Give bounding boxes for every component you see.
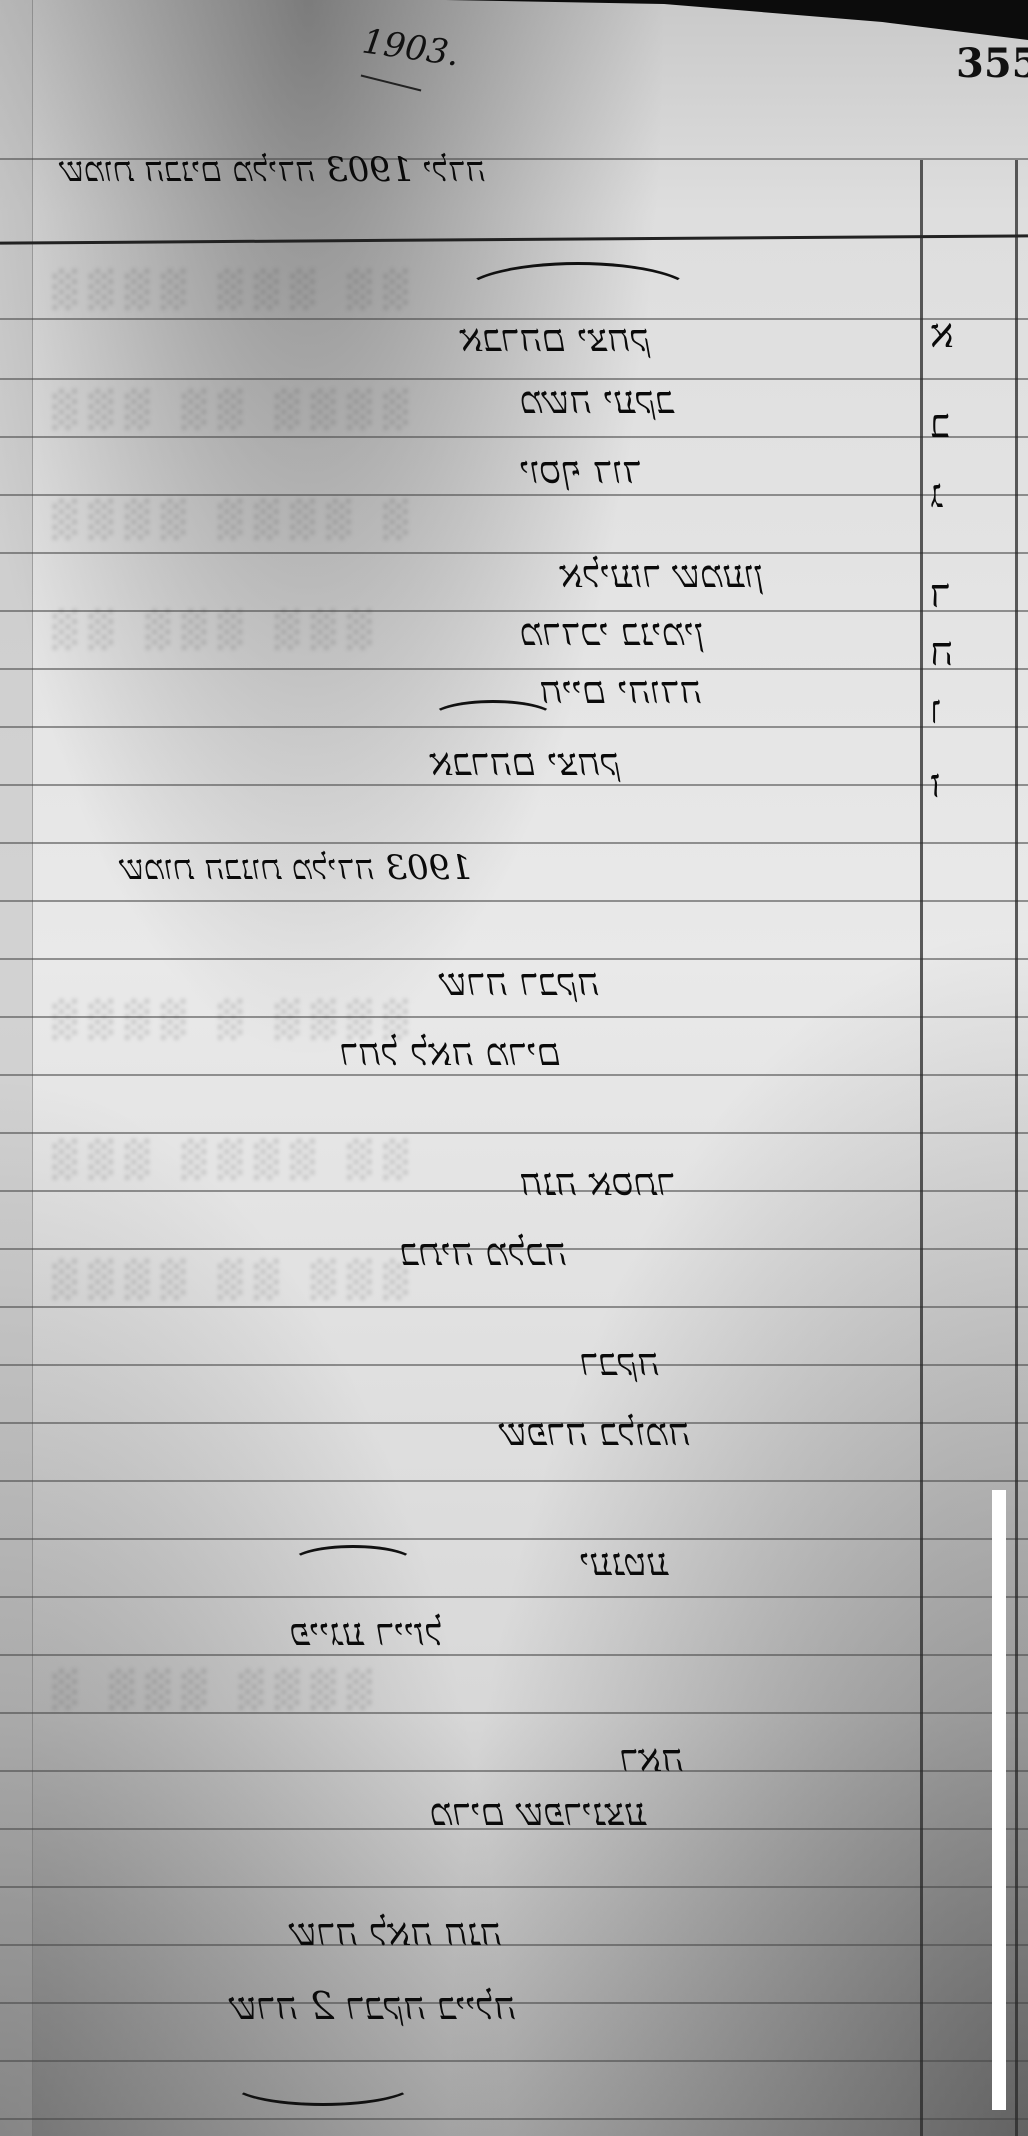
column-rule-number (920, 160, 923, 2136)
ruled-line (0, 552, 1028, 554)
ruled-line (0, 668, 1028, 670)
row-number: ג (930, 470, 943, 517)
bleed-through-text: ░░░ ░░ ░░░░ (40, 1260, 407, 1300)
bleed-through-text: ░░ ░░░░ ░░░ (40, 1140, 407, 1180)
entry-name: מרים שפרינצע (430, 1790, 646, 1835)
bleed-through-text: ░░░ ░░░ ░░ (40, 610, 371, 650)
ruled-line (0, 1944, 1028, 1946)
row-number: ה (930, 628, 953, 675)
bleed-through-text: ░░░░ ░░░ ░ (40, 1670, 371, 1710)
year-heading: 1903. (360, 21, 462, 74)
entry-name: מרדכי בנימין (520, 610, 704, 655)
ruled-line (0, 1712, 1028, 1714)
row-number: ב (930, 400, 949, 447)
ruled-line (0, 900, 1028, 902)
ruled-line (0, 494, 1028, 496)
entry-name: אליעזר שמעון (560, 552, 764, 597)
bleed-through-text: ░░ ░░░ ░░░░ (40, 270, 407, 310)
ruled-line (0, 1480, 1028, 1482)
entry-name: משה יעקב (520, 378, 674, 423)
pen-flourish (230, 2060, 416, 2106)
ruled-line (0, 1190, 1028, 1192)
ledger-page: ░░ ░░░ ░░░░ ░░░░ ░░ ░░░ ░ ░░░░ ░░░░ ░░░ … (0, 0, 1028, 2136)
entry-name: חיים יהודה (540, 668, 702, 713)
entry-name: רחל לאה מרים (340, 1030, 561, 1075)
year-underline (361, 75, 422, 92)
scan-artifact-strip (992, 1490, 1006, 2110)
ruled-line (0, 1654, 1028, 1656)
column-rule-edge (1015, 160, 1018, 2136)
ruled-line (0, 1538, 1028, 1540)
ruled-line (0, 2118, 1028, 2120)
ruled-line (0, 1306, 1028, 1308)
entry-name: חנה אסתר (520, 1160, 675, 1205)
ruled-line (0, 842, 1028, 844)
entry-name: רבקה (580, 1340, 660, 1385)
row-number: ו (930, 686, 940, 733)
entry-name: יוסף דוד (520, 448, 642, 493)
pen-flourish (290, 1545, 416, 1581)
entry-name: שרה רבקה (440, 960, 600, 1005)
pen-flourish (430, 700, 556, 736)
adjacent-page-edge (0, 0, 33, 2136)
entry-name: בתיה מלכה (400, 1230, 567, 1275)
entry-name: שפרה בלומה (500, 1410, 690, 1455)
entry-name: שרה לאה חנה (290, 1910, 502, 1955)
row-number: א (930, 310, 954, 357)
row-number: ז (930, 760, 941, 807)
entry-name: ראה (620, 1736, 684, 1781)
ruled-line (0, 436, 1028, 438)
entry-name: אברהם יצחק (430, 740, 621, 785)
bleed-through-text: ░░░░ ░░ ░░░ (40, 390, 407, 430)
section-heading-girls: שמות הבנות מלידה 1903 (120, 848, 472, 888)
ruled-line (0, 2060, 1028, 2062)
page-number: 355 (956, 40, 1028, 87)
section-heading-boys: שמות הבנים מלידה 1903 ילדה (60, 150, 486, 190)
bleed-through-text: ░ ░░░░ ░░░░ (40, 500, 407, 540)
entry-name: פייגע רייזל (290, 1610, 443, 1655)
ruled-line (0, 1886, 1028, 1888)
row-number: ד (930, 570, 949, 617)
ruled-line (0, 1132, 1028, 1134)
header-rule (0, 234, 1028, 244)
entry-name: שרה 2 רבקה ביילה (230, 1984, 516, 2029)
ruled-line (0, 378, 1028, 380)
entry-name: אברהם יצחק (460, 316, 651, 361)
ruled-line (0, 1364, 1028, 1366)
entry-name: יענטע (580, 1540, 668, 1585)
ruled-line (0, 1770, 1028, 1772)
ruled-line (0, 1596, 1028, 1598)
